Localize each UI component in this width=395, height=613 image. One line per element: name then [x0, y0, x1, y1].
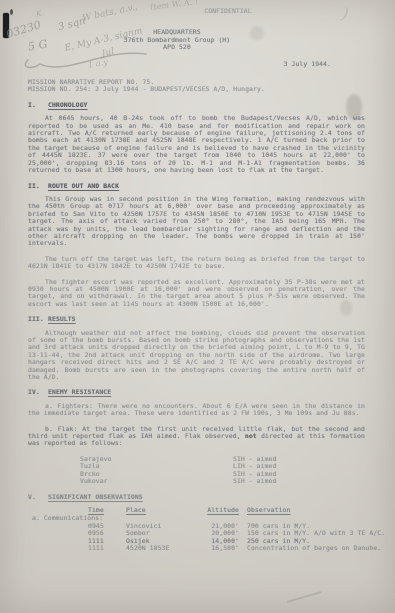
- section-number: V.: [28, 494, 48, 501]
- paragraph: The fighter escort was reported as excel…: [28, 279, 365, 309]
- section-number: II.: [28, 183, 48, 190]
- section-chronology: I.CHRONOLOGY At 0645 hours, 40 B-24s too…: [28, 102, 365, 175]
- flak-place: Sarajevo: [80, 456, 233, 463]
- col-header-time: Time: [88, 506, 104, 514]
- flak-place: Tuzla: [80, 463, 233, 470]
- cell-observation: Concentration of barges on Danube.: [247, 545, 392, 552]
- flak-code: SIH - aimed: [233, 477, 276, 485]
- scanned-document-page: ) .K. 03230 3 sqn W bats, a.v., Item W. …: [0, 0, 395, 613]
- section-route: II.ROUTE OUT AND BACK This Group was in …: [28, 183, 365, 309]
- observations-group-label: a. Communications:: [32, 515, 365, 522]
- observation-row: 0956Sombor20,000'150 cars in M/Y. A/D wi…: [28, 530, 365, 537]
- section-heading: II.ROUTE OUT AND BACK: [28, 183, 365, 190]
- section-enemy-resistance: IV.ENEMY RESISTANCE a. Fighters: There w…: [28, 389, 365, 485]
- section-heading-label: ROUTE OUT AND BACK: [48, 182, 119, 190]
- flak-place: Vukovar: [80, 478, 233, 485]
- flak-intro-emphasis: not: [245, 432, 257, 440]
- paragraph-flak: b. Flak: At the target the first unit re…: [28, 426, 365, 448]
- cell-place: 4520N 1853E: [126, 545, 203, 552]
- section-heading-label: ENEMY RESISTANCE: [48, 388, 111, 396]
- paragraph: At 0645 hours, 40 B-24s took off to bomb…: [28, 115, 365, 174]
- col-header-altitude: Altitude: [207, 506, 239, 514]
- flak-row: SarajevoSIH - aimed: [80, 456, 365, 463]
- section-heading-label: SIGNIFICANT OBSERVATIONS: [48, 493, 143, 501]
- observations-header-row: TimePlaceAltitudeObservation: [28, 507, 365, 514]
- cell-altitude: 16,500': [203, 545, 247, 552]
- col-header-place: Place: [126, 506, 146, 514]
- apo-line: APO 520: [122, 44, 232, 51]
- observations-table: TimePlaceAltitudeObservation a. Communic…: [28, 507, 365, 552]
- section-number: III.: [28, 316, 48, 323]
- flak-list: SarajevoSIH - aimed TuzlaLIH - aimed Brc…: [80, 456, 365, 486]
- section-heading: I.CHRONOLOGY: [28, 102, 365, 109]
- section-heading: III.RESULTS: [28, 316, 365, 323]
- section-results: III.RESULTS Although weather did not aff…: [28, 316, 365, 381]
- col-header-observation: Observation: [247, 506, 290, 514]
- paragraph-fighters: a. Fighters: There were no encounters. A…: [28, 403, 365, 418]
- classification-stamp: CONFIDENTIAL: [168, 8, 288, 15]
- flak-row: TuzlaLIH - aimed: [80, 463, 365, 470]
- paragraph: This Group was in second position in the…: [28, 196, 365, 248]
- section-observations: V.SIGNIFICANT OBSERVATIONS TimePlaceAlti…: [28, 494, 365, 553]
- flak-row: VukovarSIH - aimed: [80, 478, 365, 485]
- section-heading: V.SIGNIFICANT OBSERVATIONS: [28, 494, 365, 501]
- section-heading-label: CHRONOLOGY: [48, 101, 87, 109]
- section-heading-label: RESULTS: [48, 315, 76, 323]
- section-heading: IV.ENEMY RESISTANCE: [28, 389, 365, 396]
- section-number: I.: [28, 102, 48, 109]
- mission-line: MISSION NO. 254: 2 July 1944 - BUDAPEST/…: [28, 86, 365, 93]
- cell-time: 1111: [88, 545, 126, 552]
- paragraph: The turn off the target was left, the re…: [28, 256, 365, 271]
- section-number: IV.: [28, 389, 48, 396]
- observation-row: 11114520N 1853E16,500'Concentration of b…: [28, 545, 365, 552]
- date-line: 3 July 1944.: [28, 61, 331, 68]
- flak-row: BrckoSIH - aimed: [80, 471, 365, 478]
- paragraph: Although weather did not affect the bomb…: [28, 330, 365, 382]
